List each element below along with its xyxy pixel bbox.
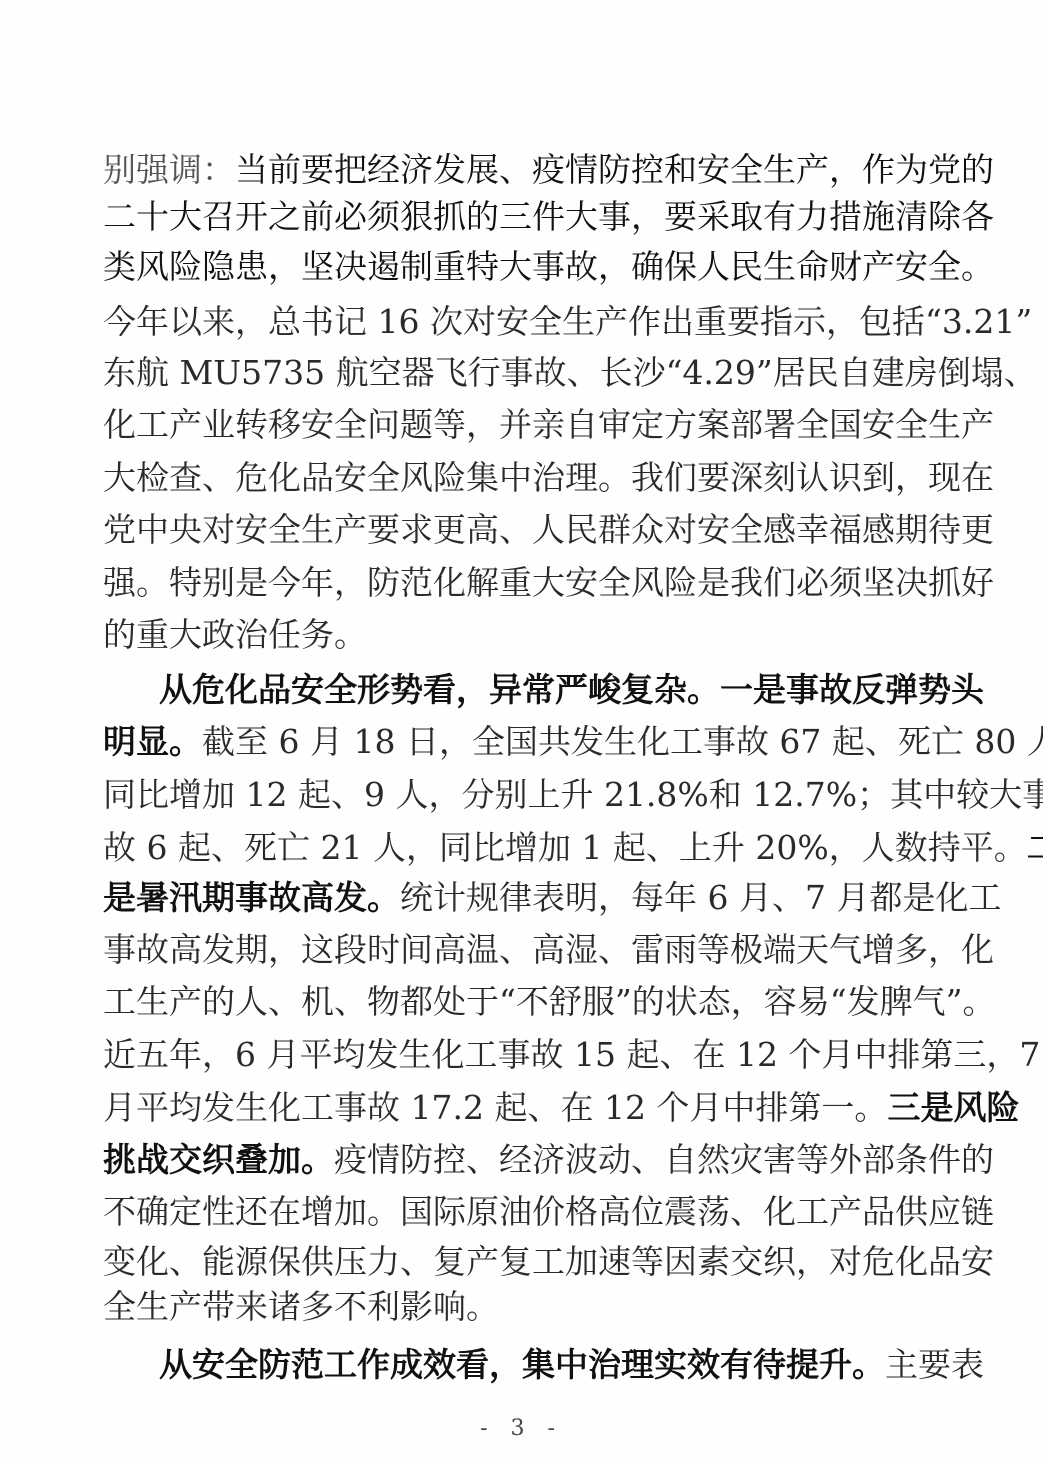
text-segment: 强。特别是今年，防范化解重大安全风险是我们必须坚决抓好: [103, 563, 994, 602]
bold-text: 从安全防范工作成效看，集中治理实效有待提升。: [159, 1345, 885, 1384]
text-line: 强。特别是今年，防范化解重大安全风险是我们必须坚决抓好: [103, 563, 915, 603]
text-segment: 变化、能源保供压力、复产复工加速等因素交织，对危化品安: [103, 1242, 994, 1281]
text-line: 东航 MU5735 航空器飞行事故、长沙“4.29”居民自建房倒塌、: [103, 353, 915, 393]
text-line: 从危化品安全形势看，异常严峻复杂。一是事故反弹势头: [103, 670, 915, 710]
text-line: 化工产业转移安全问题等，并亲自审定方案部署全国安全生产: [103, 405, 915, 445]
bold-text: 一是事故反弹势头: [720, 670, 984, 709]
text-segment: 故 6 起、死亡 21 人，同比增加 1 起、上升 20%，人数持平。: [103, 828, 1027, 867]
text-segment: 工生产的人、机、物都处于“不舒服”的状态，容易“发脾气”。: [103, 982, 995, 1021]
bold-text: 明显。: [103, 722, 202, 761]
text-segment: 疫情防控、经济波动、自然灾害等外部条件的: [334, 1140, 994, 1179]
text-line: 事故高发期，这段时间高温、高湿、雷雨等极端天气增多，化: [103, 930, 915, 970]
bold-text: 是暑汛期事故高发。: [103, 878, 400, 917]
text-segment: 月平均发生化工事故 17.2 起、在 12 个月中排第一。: [103, 1088, 887, 1127]
text-line: 二十大召开之前必须狠抓的三件大事，要采取有力措施清除各: [103, 197, 915, 237]
text-segment: 党中央对安全生产要求更高、人民群众对安全感幸福感期待更: [103, 510, 994, 549]
text-line: 大检查、危化品安全风险集中治理。我们要深刻认识到，现在: [103, 458, 915, 498]
text-line: 故 6 起、死亡 21 人，同比增加 1 起、上升 20%，人数持平。二: [103, 828, 915, 868]
text-segment: 截至 6 月 18 日，全国共发生化工事故 67 起、死亡 80 人，: [202, 722, 1043, 761]
text-line: 党中央对安全生产要求更高、人民群众对安全感幸福感期待更: [103, 510, 915, 550]
text-segment: 近五年，6 月平均发生化工事故 15 起、在 12 个月中排第三，7: [103, 1035, 1040, 1074]
text-segment: 全生产带来诸多不利影响。: [103, 1287, 499, 1326]
text-line: 不确定性还在增加。国际原油价格高位震荡、化工产品供应链: [103, 1192, 915, 1232]
text-segment: 事故高发期，这段时间高温、高湿、雷雨等极端天气增多，化: [103, 930, 994, 969]
text-line: 明显。截至 6 月 18 日，全国共发生化工事故 67 起、死亡 80 人，: [103, 722, 915, 762]
text-line: 工生产的人、机、物都处于“不舒服”的状态，容易“发脾气”。: [103, 982, 915, 1022]
text-line: 挑战交织叠加。疫情防控、经济波动、自然灾害等外部条件的: [103, 1140, 915, 1180]
text-segment: 类风险隐患，坚决遏制重特大事故，确保人民生命财产安全。: [103, 247, 994, 286]
text-line: 月平均发生化工事故 17.2 起、在 12 个月中排第一。三是风险: [103, 1088, 915, 1128]
text-segment: 同比增加 12 起、9 人，分别上升 21.8%和 12.7%；其中较大事: [103, 775, 1043, 814]
text-segment: 统计规律表明，每年 6 月、7 月都是化工: [400, 878, 1001, 917]
page-number: - 3 -: [0, 1416, 1043, 1441]
text-segment: 二十大召开之前必须狠抓的三件大事，要采取有力措施清除各: [103, 197, 994, 236]
text-line: 类风险隐患，坚决遏制重特大事故，确保人民生命财产安全。: [103, 247, 915, 287]
text-segment: 主要表: [885, 1345, 984, 1384]
bold-text: 三是风险: [887, 1088, 1019, 1127]
text-line: 的重大政治任务。: [103, 615, 915, 655]
text-line: 全生产带来诸多不利影响。: [103, 1287, 915, 1327]
text-segment: 的重大政治任务。: [103, 615, 367, 654]
text-line: 近五年，6 月平均发生化工事故 15 起、在 12 个月中排第三，7: [103, 1035, 915, 1075]
text-segment: 别强调：: [103, 150, 235, 189]
bold-text: 挑战交织叠加。: [103, 1140, 334, 1179]
text-line: 同比增加 12 起、9 人，分别上升 21.8%和 12.7%；其中较大事: [103, 775, 915, 815]
text-segment: 东航 MU5735 航空器飞行事故、长沙“4.29”居民自建房倒塌、: [103, 353, 1037, 392]
text-line: 从安全防范工作成效看，集中治理实效有待提升。主要表: [103, 1345, 915, 1385]
text-line: 变化、能源保供压力、复产复工加速等因素交织，对危化品安: [103, 1242, 915, 1282]
bold-text: 二: [1027, 828, 1043, 867]
text-segment: 当前要把经济发展、疫情防控和安全生产，作为党的: [235, 150, 994, 189]
text-segment: 不确定性还在增加。国际原油价格高位震荡、化工产品供应链: [103, 1192, 994, 1231]
text-line: 别强调：当前要把经济发展、疫情防控和安全生产，作为党的: [103, 150, 915, 190]
text-line: 是暑汛期事故高发。统计规律表明，每年 6 月、7 月都是化工: [103, 878, 915, 918]
text-segment: 大检查、危化品安全风险集中治理。我们要深刻认识到，现在: [103, 458, 994, 497]
text-segment: 化工产业转移安全问题等，并亲自审定方案部署全国安全生产: [103, 405, 994, 444]
text-line: 今年以来，总书记 16 次对安全生产作出重要指示，包括“3.21”: [103, 302, 915, 342]
document-page: 别强调：当前要把经济发展、疫情防控和安全生产，作为党的二十大召开之前必须狠抓的三…: [0, 0, 1043, 1460]
text-segment: 今年以来，总书记 16 次对安全生产作出重要指示，包括“3.21”: [103, 302, 1032, 341]
bold-text: 从危化品安全形势看，异常严峻复杂。: [159, 670, 720, 709]
